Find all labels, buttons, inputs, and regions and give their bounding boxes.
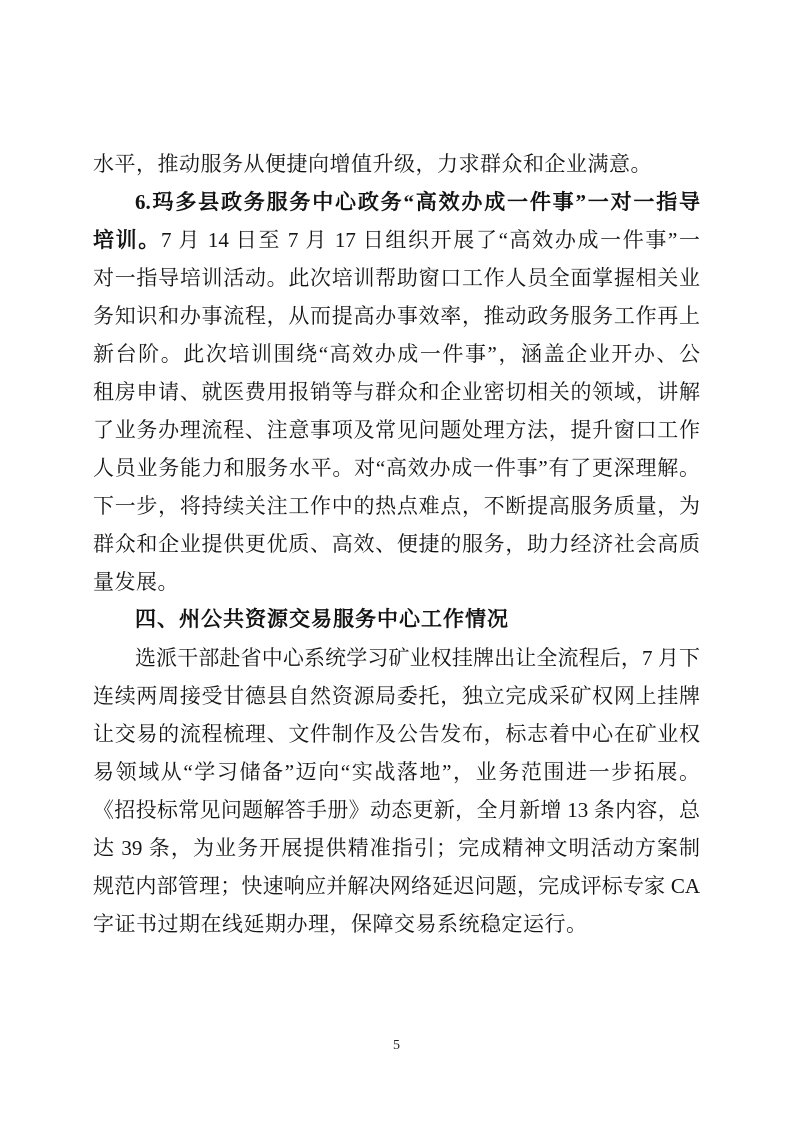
document-body: 水平，推动服务从便捷向增值升级，力求群众和企业满意。 6.玛多县政务服务中心政务… — [93, 145, 700, 943]
text-run: 务知识和办事流程，从而提高办事效率，推动政务服务工作再上 — [93, 304, 700, 328]
text-line: 字证书过期在线延期办理，保障交易系统稳定运行。 — [93, 905, 700, 943]
text-run: 群众和企业提供更优质、高效、便捷的服务，助力经济社会高质 — [93, 532, 700, 556]
text-line: 连续两周接受甘德县自然资源局委托，独立完成采矿权网上挂牌出 — [93, 677, 700, 715]
text-run: 7 月 14 日至 7 月 17 日组织开展了“高效办成一件事”一 — [161, 228, 700, 252]
text-run: 字证书过期在线延期办理，保障交易系统稳定运行。 — [93, 912, 588, 936]
text-run: 了业务办理流程、注意事项及常见问题处理方法，提升窗口工作 — [93, 418, 700, 442]
text-line: 《招投标常见问题解答手册》动态更新，全月新增 13 条内容，总数 — [93, 791, 700, 829]
text-line: 让交易的流程梳理、文件制作及公告发布，标志着中心在矿业权交 — [93, 715, 700, 753]
text-line: 水平，推动服务从便捷向增值升级，力求群众和企业满意。 — [93, 145, 700, 183]
text-line: 量发展。 — [93, 563, 700, 601]
text-line: 务知识和办事流程，从而提高办事效率，推动政务服务工作再上 — [93, 297, 700, 335]
text-run: 下一步，将持续关注工作中的热点难点，不断提高服务质量，为 — [93, 494, 700, 518]
text-line: 新台阶。此次培训围绕“高效办成一件事”，涵盖企业开办、公 — [93, 335, 700, 373]
text-run: 6.玛多县政务服务中心政务“高效办成一件事”一对一指导 — [135, 190, 700, 214]
text-run: 量发展。 — [93, 570, 179, 594]
text-run: 租房申请、就医费用报销等与群众和企业密切相关的领域，讲解 — [93, 380, 700, 404]
text-run: 达 39 条，为业务开展提供精准指引；完成精神文明活动方案制定， — [93, 836, 700, 867]
text-run: 新台阶。此次培训围绕“高效办成一件事”，涵盖企业开办、公 — [93, 342, 700, 366]
text-line: 对一指导培训活动。此次培训帮助窗口工作人员全面掌握相关业 — [93, 259, 700, 297]
heading-run: 培训。 — [93, 228, 161, 252]
heading-run: 四、州公共资源交易服务中心工作情况 — [135, 608, 509, 631]
text-line: 租房申请、就医费用报销等与群众和企业密切相关的领域，讲解 — [93, 373, 700, 411]
text-run: 选派干部赴省中心系统学习矿业权挂牌出让全流程后，7 月下旬 — [93, 646, 700, 677]
text-line: 下一步，将持续关注工作中的热点难点，不断提高服务质量，为 — [93, 487, 700, 525]
page-number: 5 — [0, 1036, 793, 1056]
text-line: 选派干部赴省中心系统学习矿业权挂牌出让全流程后，7 月下旬 — [93, 639, 700, 677]
text-run: 规范内部管理；快速响应并解决网络延迟问题，完成评标专家 CA 数 — [93, 874, 700, 905]
text-line: 规范内部管理；快速响应并解决网络延迟问题，完成评标专家 CA 数 — [93, 867, 700, 905]
text-line: 了业务办理流程、注意事项及常见问题处理方法，提升窗口工作 — [93, 411, 700, 449]
text-run: 水平，推动服务从便捷向增值升级，力求群众和企业满意。 — [93, 152, 652, 176]
text-line: 达 39 条，为业务开展提供精准指引；完成精神文明活动方案制定， — [93, 829, 700, 867]
section-heading: 四、州公共资源交易服务中心工作情况 — [93, 601, 700, 639]
text-run: 连续两周接受甘德县自然资源局委托，独立完成采矿权网上挂牌出 — [93, 684, 700, 715]
text-line: 群众和企业提供更优质、高效、便捷的服务，助力经济社会高质 — [93, 525, 700, 563]
text-run: 《招投标常见问题解答手册》动态更新，全月新增 13 条内容，总数 — [93, 798, 700, 829]
text-run: 让交易的流程梳理、文件制作及公告发布，标志着中心在矿业权交 — [93, 722, 700, 753]
text-line: 培训。7 月 14 日至 7 月 17 日组织开展了“高效办成一件事”一 — [93, 221, 700, 259]
text-line: 人员业务能力和服务水平。对“高效办成一件事”有了更深理解。 — [93, 449, 700, 487]
numbered-item-heading: 6.玛多县政务服务中心政务“高效办成一件事”一对一指导 — [93, 183, 700, 221]
text-run: 对一指导培训活动。此次培训帮助窗口工作人员全面掌握相关业 — [93, 266, 700, 290]
text-run: 人员业务能力和服务水平。对“高效办成一件事”有了更深理解。 — [93, 456, 700, 480]
document-page: 水平，推动服务从便捷向增值升级，力求群众和企业满意。 6.玛多县政务服务中心政务… — [0, 0, 793, 1122]
text-line: 易领域从“学习储备”迈向“实战落地”，业务范围进一步拓展。 — [93, 753, 700, 791]
text-run: 易领域从“学习储备”迈向“实战落地”，业务范围进一步拓展。 — [93, 760, 700, 784]
